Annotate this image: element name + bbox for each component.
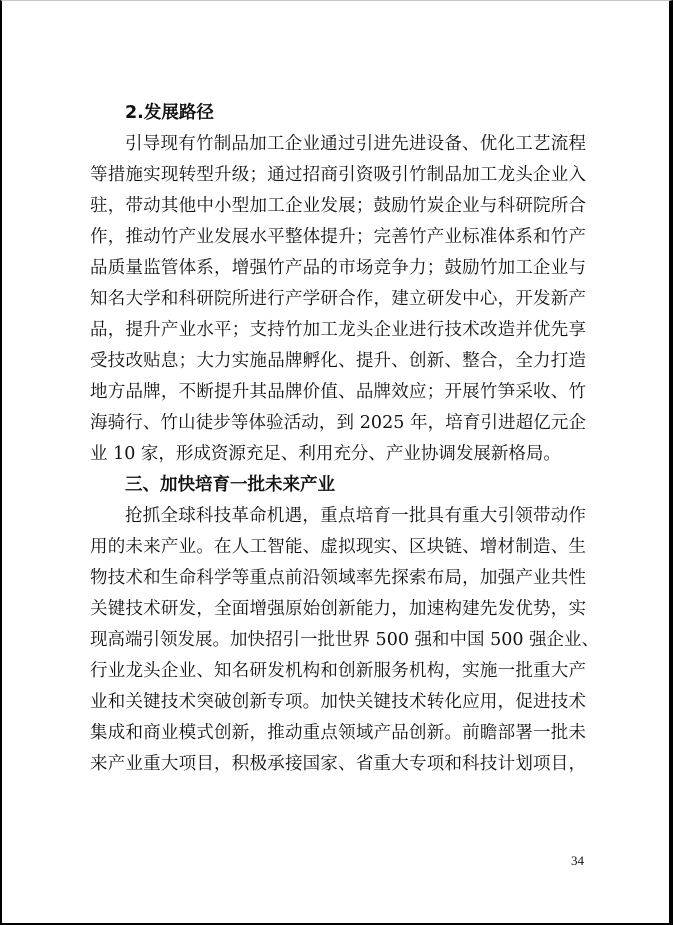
chapter-heading: 三、加快培育一批未来产业 <box>125 470 335 501</box>
paragraph-line: 引导现有竹制品加工企业通过引进先进设备、优化工艺流程 <box>125 129 586 160</box>
paragraph-line: 驻，带动其他中小型加工企业发展；鼓励竹炭企业与科研院所合 <box>90 191 586 222</box>
paragraph-line: 作，推动竹产业发展水平整体提升；完善竹产业标准体系和竹产 <box>90 222 586 253</box>
paragraph-line: 抢抓全球科技革命机遇，重点培育一批具有重大引领带动作 <box>125 501 586 532</box>
paragraph-line: 业和关键技术突破创新专项。加快关键技术转化应用，促进技术 <box>90 687 586 718</box>
section-heading: 2.发展路径 <box>125 98 214 129</box>
paragraph-line: 地方品牌，不断提升其品牌价值、品牌效应；开展竹笋采收、竹 <box>90 377 586 408</box>
paragraph-line: 来产业重大项目，积极承接国家、省重大专项和科技计划项目， <box>90 749 586 780</box>
paragraph-line: 集成和商业模式创新，推动重点领域产品创新。前瞻部署一批未 <box>90 718 586 749</box>
paragraph-line: 业 10 家，形成资源充足、利用充分、产业协调发展新格局。 <box>90 439 586 470</box>
paragraph-line: 行业龙头企业、知名研发机构和创新服务机构，实施一批重大产 <box>90 656 586 687</box>
paragraph-line: 现高端引领发展。加快招引一批世界 500 强和中国 500 强企业、 <box>90 625 586 656</box>
paragraph-line: 受技改贴息；大力实施品牌孵化、提升、创新、整合，全力打造 <box>90 346 586 377</box>
paragraph-line: 品，提升产业水平；支持竹加工龙头企业进行技术改造并优先享 <box>90 315 586 346</box>
document-page: 2.发展路径 引导现有竹制品加工企业通过引进先进设备、优化工艺流程 等措施实现转… <box>0 0 673 925</box>
page-number: 34 <box>571 853 584 869</box>
paragraph-line: 等措施实现转型升级；通过招商引资吸引竹制品加工龙头企业入 <box>90 160 586 191</box>
paragraph-line: 用的未来产业。在人工智能、虚拟现实、区块链、增材制造、生 <box>90 532 586 563</box>
paragraph-line: 关键技术研发，全面增强原始创新能力，加速构建先发优势，实 <box>90 594 586 625</box>
paragraph-line: 物技术和生命科学等重点前沿领域率先探索布局，加强产业共性 <box>90 563 586 594</box>
paragraph-line: 海骑行、竹山徒步等体验活动，到 2025 年，培育引进超亿元企 <box>90 408 586 439</box>
paragraph-line: 品质量监管体系，增强竹产品的市场竞争力；鼓励竹加工企业与 <box>90 253 586 284</box>
paragraph-line: 知名大学和科研院所进行产学研合作，建立研发中心，开发新产 <box>90 284 586 315</box>
